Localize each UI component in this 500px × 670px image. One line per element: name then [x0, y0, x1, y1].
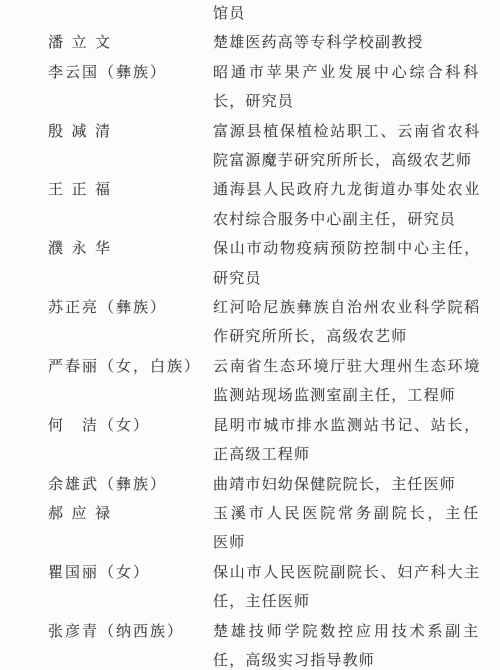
title-line: 研究员: [213, 265, 500, 294]
roster-row: 瞿国丽（女）保山市人民医院副院长、妇产科大主任，主任医师: [0, 559, 500, 618]
roster-row: 苏正亮（彝族）红河哈尼族彝族自治州农业科学院稻作研究所所长，高级农艺师: [0, 294, 500, 353]
person-title: 楚雄技师学院数控应用技术系副主任，高级实习指导教师: [213, 618, 500, 670]
person-name: 何 洁（女）: [48, 412, 213, 441]
title-line: 监测站现场监测室副主任，工程师: [213, 382, 500, 411]
person-title: 云南省生态环境厅驻大理州生态环境监测站现场监测室副主任，工程师: [213, 353, 500, 412]
person-title: 楚雄医药高等专科学校副教授: [213, 29, 500, 58]
roster-list: 馆员潘立文楚雄医药高等专科学校副教授李云国（彝族）昭通市苹果产业发展中心综合科科…: [0, 0, 500, 670]
person-title: 保山市动物疫病预防控制中心主任，研究员: [213, 235, 500, 294]
roster-row: 潘立文楚雄医药高等专科学校副教授: [0, 29, 500, 58]
title-line: 任，高级实习指导教师: [213, 647, 500, 670]
person-name: 李云国（彝族）: [48, 59, 213, 88]
document-page: 馆员潘立文楚雄医药高等专科学校副教授李云国（彝族）昭通市苹果产业发展中心综合科科…: [0, 0, 500, 670]
person-title: 曲靖市妇幼保健院院长，主任医师: [213, 471, 500, 500]
person-name: 苏正亮（彝族）: [48, 294, 213, 323]
roster-row: 李云国（彝族）昭通市苹果产业发展中心综合科科长，研究员: [0, 59, 500, 118]
person-name: 濮永华: [48, 235, 213, 264]
person-title: 玉溪市人民医院常务副院长，主任医师: [213, 500, 500, 559]
title-line: 医师: [213, 529, 500, 558]
title-line: 昆明市城市排水监测站书记、站长，: [213, 412, 500, 441]
person-title: 红河哈尼族彝族自治州农业科学院稻作研究所所长，高级农艺师: [213, 294, 500, 353]
title-line: 玉溪市人民医院常务副院长，主任: [213, 500, 500, 529]
title-line: 富源县植保植检站职工、云南省农科: [213, 118, 500, 147]
title-line: 昭通市苹果产业发展中心综合科科: [213, 59, 500, 88]
title-line: 楚雄技师学院数控应用技术系副主: [213, 618, 500, 647]
title-line: 通海县人民政府九龙街道办事处农业: [213, 176, 500, 205]
person-title: 富源县植保植检站职工、云南省农科院富源魔芋研究所所长，高级农艺师: [213, 118, 500, 177]
roster-row: 郝应禄玉溪市人民医院常务副院长，主任医师: [0, 500, 500, 559]
person-name: 殷减清: [48, 118, 213, 147]
person-title: 馆员: [213, 0, 500, 29]
person-title: 通海县人民政府九龙街道办事处农业农村综合服务中心副主任，研究员: [213, 176, 500, 235]
roster-row: 严春丽（女，白族）云南省生态环境厅驻大理州生态环境监测站现场监测室副主任，工程师: [0, 353, 500, 412]
person-title: 保山市人民医院副院长、妇产科大主任，主任医师: [213, 559, 500, 618]
title-line: 馆员: [213, 0, 500, 29]
title-line: 保山市人民医院副院长、妇产科大主: [213, 559, 500, 588]
title-line: 作研究所所长，高级农艺师: [213, 323, 500, 352]
person-name: 潘立文: [48, 29, 213, 58]
person-name: 郝应禄: [48, 500, 213, 529]
person-name: 严春丽（女，白族）: [48, 353, 213, 382]
person-name: 余雄武（彝族）: [48, 471, 213, 500]
person-name: 张彦青（纳西族）: [48, 618, 213, 647]
person-name: 王正福: [48, 176, 213, 205]
title-line: 红河哈尼族彝族自治州农业科学院稻: [213, 294, 500, 323]
title-line: 正高级工程师: [213, 441, 500, 470]
title-line: 云南省生态环境厅驻大理州生态环境: [213, 353, 500, 382]
roster-row: 张彦青（纳西族）楚雄技师学院数控应用技术系副主任，高级实习指导教师: [0, 618, 500, 670]
roster-row: 殷减清富源县植保植检站职工、云南省农科院富源魔芋研究所所长，高级农艺师: [0, 118, 500, 177]
roster-row: 余雄武（彝族）曲靖市妇幼保健院院长，主任医师: [0, 471, 500, 500]
title-line: 保山市动物疫病预防控制中心主任，: [213, 235, 500, 264]
title-line: 任，主任医师: [213, 588, 500, 617]
roster-row: 何 洁（女）昆明市城市排水监测站书记、站长，正高级工程师: [0, 412, 500, 471]
title-line: 曲靖市妇幼保健院院长，主任医师: [213, 471, 500, 500]
person-title: 昆明市城市排水监测站书记、站长，正高级工程师: [213, 412, 500, 471]
title-line: 长，研究员: [213, 88, 500, 117]
person-title: 昭通市苹果产业发展中心综合科科长，研究员: [213, 59, 500, 118]
title-line: 院富源魔芋研究所所长，高级农艺师: [213, 147, 500, 176]
title-line: 农村综合服务中心副主任，研究员: [213, 206, 500, 235]
roster-row: 王正福通海县人民政府九龙街道办事处农业农村综合服务中心副主任，研究员: [0, 176, 500, 235]
title-line: 楚雄医药高等专科学校副教授: [213, 29, 500, 58]
roster-row: 馆员: [0, 0, 500, 29]
person-name: 瞿国丽（女）: [48, 559, 213, 588]
roster-row: 濮永华保山市动物疫病预防控制中心主任，研究员: [0, 235, 500, 294]
